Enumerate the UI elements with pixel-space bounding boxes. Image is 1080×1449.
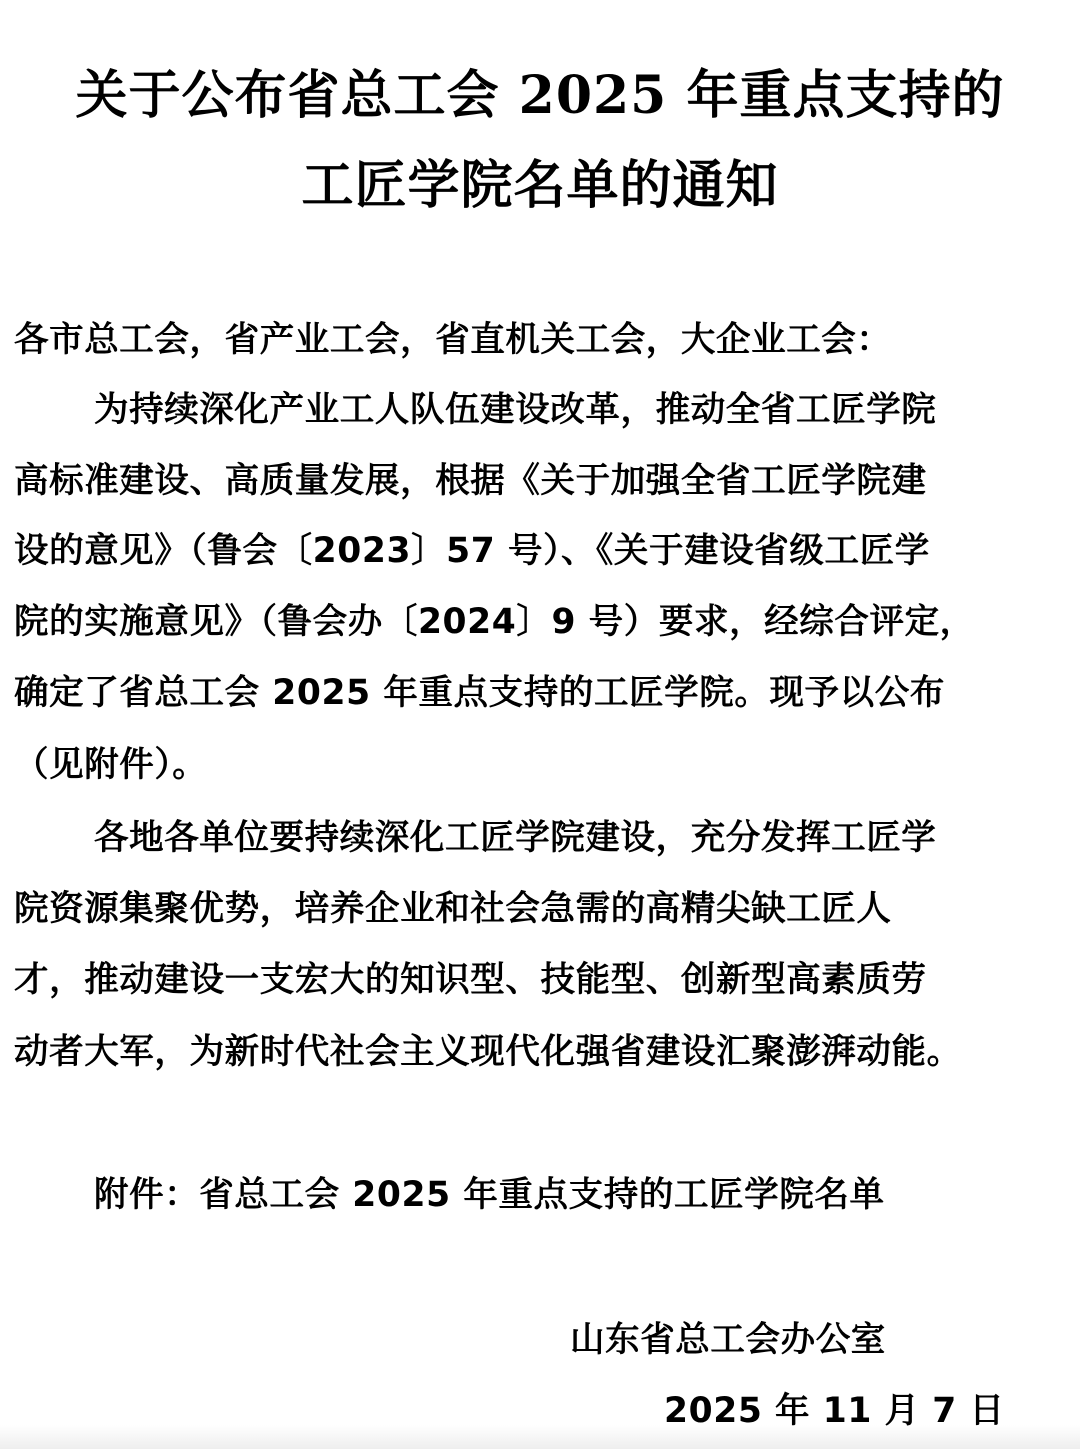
paragraph-2-line-3: 才，推动建设一支宏大的知识型、技能型、创新型高素质劳 [14, 958, 927, 1002]
paragraph-1-line-6: （见附件）。 [14, 743, 207, 787]
paragraph-2-line-1: 各地各单位要持续深化工匠学院建设，充分发挥工匠学 [94, 816, 936, 860]
paragraph-1-line-5: 确定了省总工会 2025 年重点支持的工匠学院。现予以公布 [14, 671, 945, 715]
attachment-note: 附件：省总工会 2025 年重点支持的工匠学院名单 [94, 1173, 885, 1217]
paragraph-1-line-2: 高标准建设、高质量发展，根据《关于加强全省工匠学院建 [14, 459, 927, 503]
paragraph-2-line-2: 院资源集聚优势，培养企业和社会急需的高精尖缺工匠人 [14, 887, 892, 931]
paragraph-1-line-3: 设的意见》（鲁会〔2023〕57 号）、《关于建设省级工匠学 [14, 529, 930, 573]
document-page: 关于公布省总工会 2025 年重点支持的 工匠学院名单的通知 各市总工会，省产业… [0, 0, 1080, 1449]
document-title-line-1: 关于公布省总工会 2025 年重点支持的 [0, 66, 1080, 126]
issuer-signature: 山东省总工会办公室 [570, 1318, 886, 1362]
document-title-line-2: 工匠学院名单的通知 [0, 156, 1080, 216]
paragraph-2-line-4: 动者大军，为新时代社会主义现代化强省建设汇聚澎湃动能。 [14, 1030, 962, 1074]
bottom-edge-shadow [0, 1425, 1080, 1449]
paragraph-1-line-1: 为持续深化产业工人队伍建设改革，推动全省工匠学院 [94, 388, 936, 432]
paragraph-1-line-4: 院的实施意见》（鲁会办〔2024〕9 号）要求，经综合评定， [14, 600, 975, 644]
addressee: 各市总工会，省产业工会，省直机关工会，大企业工会： [14, 318, 892, 362]
